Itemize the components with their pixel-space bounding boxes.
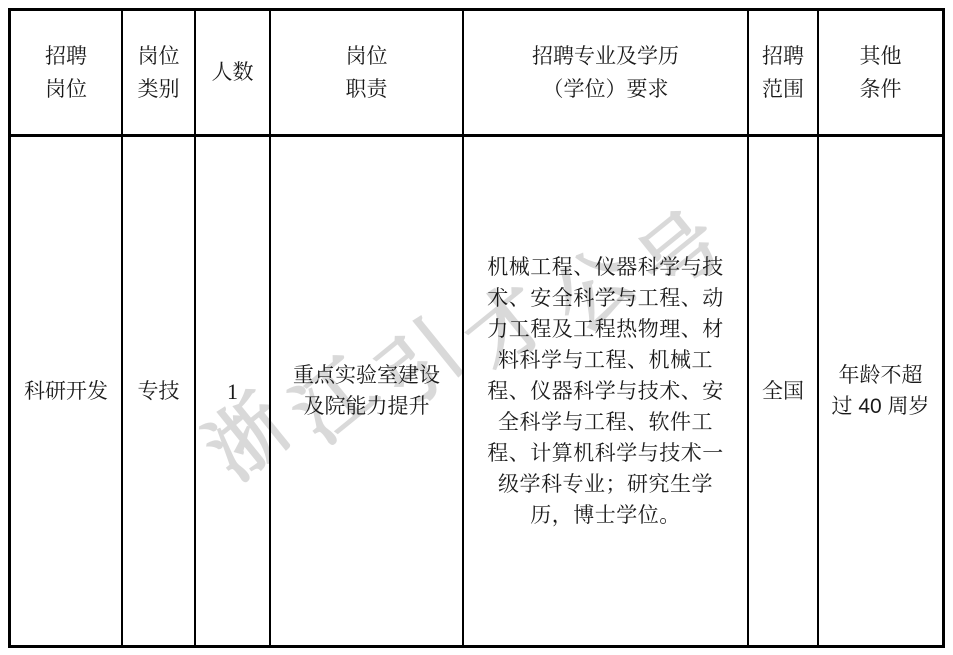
header-scope: 招聘 范围 xyxy=(749,11,819,137)
header-other: 其他 条件 xyxy=(819,11,942,137)
cell-other: 年龄不超 过 40 周岁 xyxy=(819,137,942,645)
cell-scope: 全国 xyxy=(749,137,819,645)
cell-duty: 重点实验室建设 及院能力提升 xyxy=(271,137,464,645)
header-requirements: 招聘专业及学历 （学位）要求 xyxy=(464,11,749,137)
header-position: 招聘 岗位 xyxy=(11,11,123,137)
cell-requirements: 机械工程、仪器科学与技 术、安全科学与工程、动 力工程及工程热物理、材 料科学与… xyxy=(464,137,749,645)
header-duty: 岗位 职责 xyxy=(271,11,464,137)
cell-count: 1 xyxy=(196,137,271,645)
cell-category: 专技 xyxy=(123,137,196,645)
header-category: 岗位 类别 xyxy=(123,11,196,137)
header-count: 人数 xyxy=(196,11,271,137)
cell-position: 科研开发 xyxy=(11,137,123,645)
recruitment-table: 招聘 岗位 岗位 类别 人数 岗位 职责 招聘专业及学历 （学位）要求 招聘 范… xyxy=(8,8,945,648)
